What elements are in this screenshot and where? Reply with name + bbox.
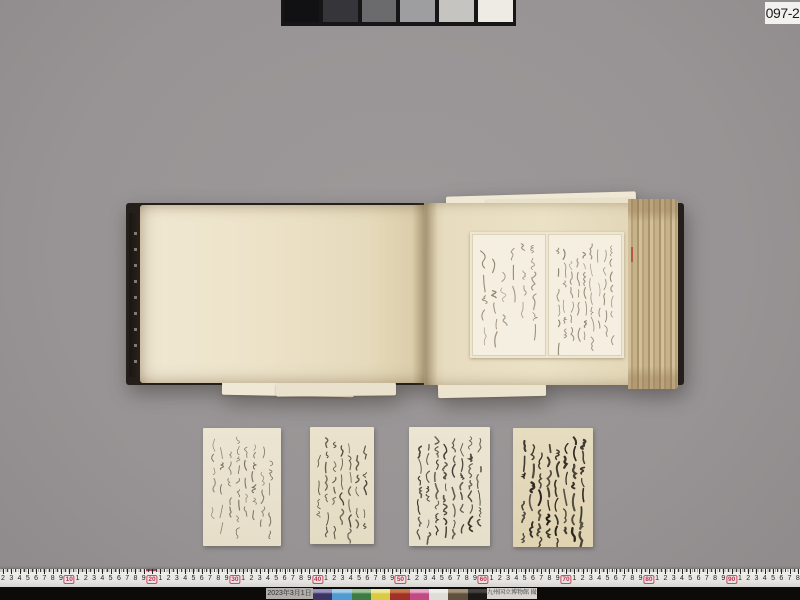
ruler-number: 2 [498,574,502,583]
ruler-number-tens: 70 [560,575,571,584]
ruler-number: 1 [324,574,328,583]
ruler-half-tick [305,569,306,572]
ruler-half-tick [371,569,372,572]
ruler-number: 8 [548,574,552,583]
ruler-half-tick [297,569,298,572]
spine-stitching [134,223,137,363]
ruler-half-tick [65,569,66,572]
grayscale-patch [323,0,358,22]
ruler-number: 5 [523,574,527,583]
ruler-number: 5 [109,574,113,583]
ruler-number: 2 [1,574,5,583]
ruler-half-tick [645,569,646,572]
ruler-number: 3 [341,574,345,583]
ruler-tick [69,569,70,574]
grayscale-patch [400,0,435,22]
handwriting-strokes [513,428,593,547]
postcard-3 [409,427,490,546]
ruler-half-tick [181,569,182,572]
ruler-half-tick [761,569,762,572]
color-patch [352,589,371,600]
ruler-number: 5 [771,574,775,583]
ruler-number: 3 [175,574,179,583]
ruler-number: 8 [465,574,469,583]
ruler-half-tick [107,569,108,572]
ruler-half-tick [777,569,778,572]
ruler-number: 3 [92,574,96,583]
ruler-half-tick [578,569,579,572]
ruler-number: 2 [84,574,88,583]
ruler-half-tick [15,569,16,572]
ruler-half-tick [363,569,364,572]
ruler-number: 7 [291,574,295,583]
ruler-half-tick [537,569,538,572]
ruler-number: 7 [42,574,46,583]
ruler-number: 2 [746,574,750,583]
ruler-number-tens: 40 [312,575,323,584]
ruler-half-tick [131,569,132,572]
ruler-half-tick [115,569,116,572]
ruler-number-tens: 50 [395,575,406,584]
color-patch [390,589,409,600]
ruler-number: 9 [142,574,146,583]
ruler-half-tick [653,569,654,572]
ruler-half-tick [603,569,604,572]
ruler-half-tick [587,569,588,572]
ruler-number: 6 [200,574,204,583]
ruler-half-tick [711,569,712,572]
ruler-number: 5 [605,574,609,583]
ruler-number: 5 [688,574,692,583]
ruler-half-tick [512,569,513,572]
ruler-half-tick [620,569,621,572]
ruler-number: 2 [332,574,336,583]
ruler-number: 3 [506,574,510,583]
ruler-tick [318,569,319,574]
ruler-half-tick [388,569,389,572]
letter-sheet-right [548,234,622,356]
ruler-half-tick [264,569,265,572]
ruler-half-tick [24,569,25,572]
ruler-half-tick [289,569,290,572]
ruler-half-tick [429,569,430,572]
letter-sheet-left [472,234,546,356]
ruler-half-tick [405,569,406,572]
ruler-half-tick [628,569,629,572]
ruler-number-tens: 10 [64,575,75,584]
ruler-half-tick [32,569,33,572]
ruler-number: 5 [357,574,361,583]
ruler-half-tick [686,569,687,572]
ruler-number: 2 [415,574,419,583]
ruler-number: 4 [597,574,601,583]
color-patch [429,589,448,600]
ruler-number: 8 [299,574,303,583]
ruler-number: 6 [365,574,369,583]
ruler-number: 6 [779,574,783,583]
catalogue-number-label: 097-2 [765,2,800,24]
ruler-number: 3 [755,574,759,583]
grayscale-calibration-bar [281,0,516,26]
ruler-half-tick [239,569,240,572]
ruler-half-tick [554,569,555,572]
ruler-half-tick [214,569,215,572]
ruler-number: 1 [738,574,742,583]
ruler-number: 4 [432,574,436,583]
ruler-half-tick [694,569,695,572]
ruler-half-tick [487,569,488,572]
ruler-number: 5 [440,574,444,583]
ruler-half-tick [728,569,729,572]
ruler-number: 1 [76,574,80,583]
ruler-half-tick [280,569,281,572]
ruler-number: 9 [307,574,311,583]
ruler-tick [732,569,733,574]
ruler-half-tick [148,569,149,572]
ruler-half-tick [438,569,439,572]
ruler-number: 4 [100,574,104,583]
ruler-number: 6 [614,574,618,583]
ruler-half-tick [347,569,348,572]
ruler-number: 1 [241,574,245,583]
ruler-half-tick [73,569,74,572]
ruler-number: 3 [258,574,262,583]
page-gutter-shadow [412,203,438,385]
ruler-half-tick [703,569,704,572]
ruler-number: 1 [158,574,162,583]
ruler-number: 4 [680,574,684,583]
ruler-number: 6 [117,574,121,583]
loose-sheet [276,382,396,396]
ruler-tick [400,569,401,574]
ruler-number: 9 [390,574,394,583]
ruler-half-tick [794,569,795,572]
ruler-number: 3 [9,574,13,583]
color-patch [313,589,332,600]
color-patch [410,589,429,600]
ruler-number: 8 [51,574,55,583]
ruler-number: 6 [34,574,38,583]
ruler-half-tick [222,569,223,572]
ruler-half-tick [314,569,315,572]
ruler-half-tick [140,569,141,572]
ruler-number: 1 [655,574,659,583]
ruler-half-tick [198,569,199,572]
ruler-half-tick [49,569,50,572]
ruler-half-tick [521,569,522,572]
ruler-number: 7 [125,574,129,583]
ruler-half-tick [380,569,381,572]
handwriting-strokes [409,427,490,546]
ruler-half-tick [479,569,480,572]
ruler-number: 8 [216,574,220,583]
ruler-half-tick [40,569,41,572]
ruler-half-tick [496,569,497,572]
ruler-number: 3 [423,574,427,583]
ruler-half-tick [719,569,720,572]
ruler-half-tick [247,569,248,572]
ruler-number: 2 [249,574,253,583]
ruler-half-tick [164,569,165,572]
ruler-number: 4 [514,574,518,583]
ruler-half-tick [206,569,207,572]
ruler-half-tick [446,569,447,572]
ruler-number: 9 [556,574,560,583]
ruler-number: 4 [18,574,22,583]
grayscale-patch [284,0,319,22]
ruler-number: 4 [266,574,270,583]
ruler-number: 6 [531,574,535,583]
grayscale-patch [362,0,397,22]
ruler-half-tick [463,569,464,572]
left-page-blank [140,205,424,383]
ruler-number: 9 [721,574,725,583]
ruler-number: 4 [349,574,353,583]
ruler-half-tick [413,569,414,572]
ruler-half-tick [785,569,786,572]
catalogue-number: 097-2 [766,5,800,21]
ruler-half-tick [330,569,331,572]
measuring-ruler: 2345678910123456789201234567893012345678… [0,569,800,587]
ruler-half-tick [256,569,257,572]
ruler-number: 1 [572,574,576,583]
credit-label: 九州国立博物館 撮影 [487,588,537,599]
ruler-half-tick [744,569,745,572]
ruler-half-tick [661,569,662,572]
ruler-number: 1 [490,574,494,583]
ruler-number-tens: 20 [146,575,157,584]
photo-background: 097-2 2345678910123456789201234567893012… [0,0,800,600]
album-book [126,203,684,385]
grayscale-patch [478,0,513,22]
ruler-half-tick [612,569,613,572]
ruler-number: 9 [473,574,477,583]
ruler-number: 6 [283,574,287,583]
ruler-number: 3 [589,574,593,583]
ruler-number: 2 [663,574,667,583]
ruler-half-tick [90,569,91,572]
ruler-half-tick [545,569,546,572]
red-page-mark [631,247,633,262]
ruler-half-tick [454,569,455,572]
ruler-half-tick [595,569,596,572]
ruler-number: 8 [796,574,800,583]
ruler-number: 7 [622,574,626,583]
date-label: 2023年3月1日 [266,588,313,599]
ruler-number-tens: 80 [643,575,654,584]
ruler-number: 3 [672,574,676,583]
ruler-number: 2 [167,574,171,583]
ruler-number: 8 [134,574,138,583]
color-patch [371,589,390,600]
ruler-number: 9 [639,574,643,583]
ruler-half-tick [421,569,422,572]
ruler-half-tick [570,569,571,572]
handwriting-strokes [310,427,374,544]
footer-bar: 2023年3月1日 九州国立博物館 撮影 [0,587,800,600]
ruler-number: 8 [630,574,634,583]
ruler-number: 5 [274,574,278,583]
ruler-half-tick [636,569,637,572]
ruler-tick [235,569,236,574]
handwriting-strokes [203,428,281,546]
ruler-number: 7 [456,574,460,583]
ruler-half-tick [752,569,753,572]
ruler-number: 7 [539,574,543,583]
ruler-half-tick [529,569,530,572]
ruler-number: 4 [763,574,767,583]
ruler-number: 6 [697,574,701,583]
ruler-half-tick [7,569,8,572]
postcard-1 [203,428,281,546]
ruler-half-tick [123,569,124,572]
ruler-number: 7 [208,574,212,583]
ruler-number: 2 [581,574,585,583]
ruler-half-tick [736,569,737,572]
color-patch [468,589,487,600]
ruler-number: 8 [382,574,386,583]
ruler-number: 1 [407,574,411,583]
handwriting-strokes [473,235,545,355]
ruler-half-tick [231,569,232,572]
ruler-number-tens: 90 [726,575,737,584]
ruler-half-tick [82,569,83,572]
postcard-2 [310,427,374,544]
ruler-half-tick [504,569,505,572]
ruler-tick [649,569,650,574]
ruler-tick [152,569,153,574]
ruler-number-tens: 30 [229,575,240,584]
ruler-half-tick [355,569,356,572]
color-patch [448,589,467,600]
ruler-half-tick [272,569,273,572]
ruler-half-tick [322,569,323,572]
ruler-number: 7 [788,574,792,583]
ruler-half-tick [173,569,174,572]
ruler-number: 8 [713,574,717,583]
ruler-half-tick [396,569,397,572]
ruler-number: 7 [374,574,378,583]
ruler-number: 9 [225,574,229,583]
ruler-half-tick [678,569,679,572]
ruler-half-tick [156,569,157,572]
ruler-half-tick [769,569,770,572]
ruler-number-tens: 60 [478,575,489,584]
ruler-number: 6 [448,574,452,583]
ruler-number: 5 [26,574,30,583]
ruler-half-tick [670,569,671,572]
ruler-half-tick [57,569,58,572]
ruler-half-tick [98,569,99,572]
ruler-tick [566,569,567,574]
ruler-tick [483,569,484,574]
color-patch [332,589,351,600]
ruler-half-tick [471,569,472,572]
ruler-half-tick [189,569,190,572]
grayscale-patch [439,0,474,22]
ruler-number: 4 [183,574,187,583]
postcard-4 [513,428,593,547]
ruler-half-tick [338,569,339,572]
ruler-number: 9 [59,574,63,583]
fore-edge-page-stack [628,199,678,389]
ruler-half-tick [562,569,563,572]
handwriting-strokes [549,235,621,355]
pasted-letter-panel [470,232,624,358]
ruler-number: 5 [191,574,195,583]
ruler-number: 7 [705,574,709,583]
color-calibration-strip [313,589,487,600]
